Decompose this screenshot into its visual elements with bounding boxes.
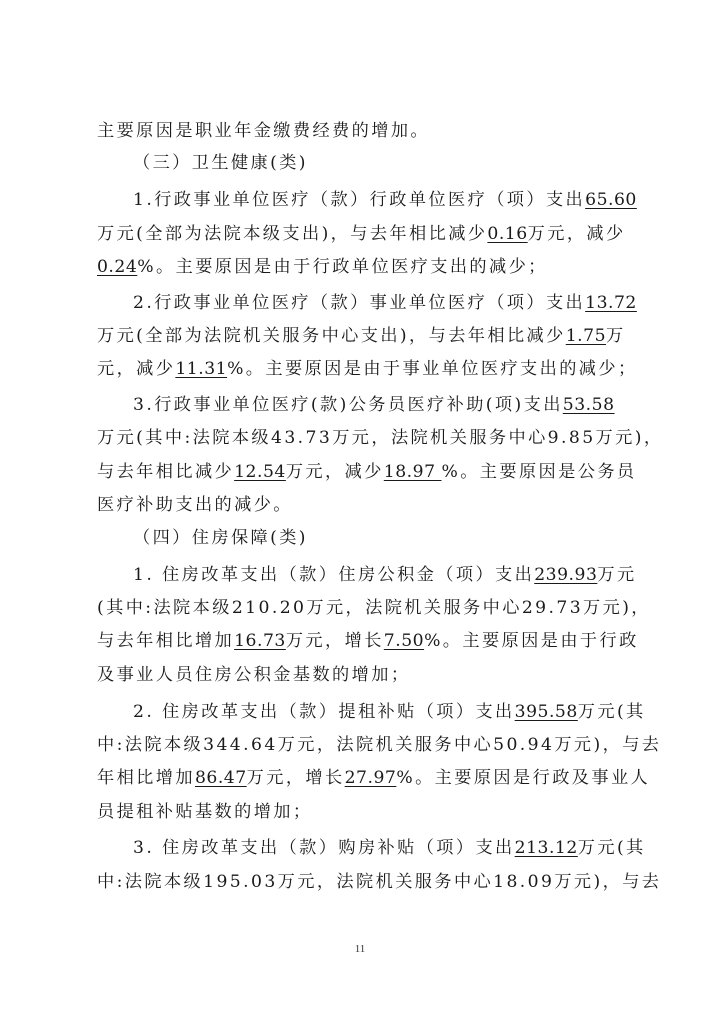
text-segment: 万元(全部为法院本级支出)，与去年相比减少 — [97, 224, 487, 244]
text-segment: 与去年相比减少 — [97, 462, 234, 482]
underlined-amount: 16.73 — [234, 631, 286, 651]
text-segment: %。主要原因是由于行政 — [424, 631, 639, 651]
text-line: （四）住房保障(类) — [133, 528, 663, 548]
text-line: 元，减少11.31%。主要原因是由于事业单位医疗支出的减少； — [97, 359, 627, 379]
underlined-amount: 18.97 — [384, 462, 442, 482]
text-line: 2.行政事业单位医疗（款）事业单位医疗（项）支出13.72 — [133, 293, 663, 313]
text-segment: 2.行政事业单位医疗（款）事业单位医疗（项）支出 — [133, 293, 585, 313]
text-segment: （三）卫生健康(类) — [133, 153, 308, 173]
text-line: 员提租补贴基数的增加； — [97, 802, 627, 822]
text-segment: 元，减少 — [97, 359, 175, 379]
text-line: 1. 住房改革支出（款）住房公积金（项）支出239.93万元 — [133, 565, 663, 585]
text-line: （三）卫生健康(类) — [133, 153, 663, 173]
underlined-amount: 27.97 — [345, 768, 397, 788]
text-line: 3. 住房改革支出（款）购房补贴（项）支出213.12万元(其 — [133, 838, 663, 858]
text-segment: 万元(其 — [578, 702, 646, 722]
text-segment: %。主要原因是行政及事业人 — [396, 768, 650, 788]
text-segment: 及事业人员住房公积金基数的增加； — [97, 665, 410, 685]
text-line: 1.行政事业单位医疗（款）行政单位医疗（项）支出65.60 — [133, 190, 663, 210]
text-line: 与去年相比增加16.73万元，增长7.50%。主要原因是由于行政 — [97, 631, 627, 651]
text-line: 中:法院本级344.64万元，法院机关服务中心50.94万元)，与去 — [97, 735, 627, 755]
underlined-amount: 12.54 — [234, 462, 286, 482]
underlined-amount: 7.50 — [384, 631, 424, 651]
text-segment: 年相比增加 — [97, 768, 195, 788]
text-segment: 万元，减少 — [286, 462, 384, 482]
text-line: 万元(其中:法院本级43.73万元，法院机关服务中心9.85万元)， — [97, 428, 627, 448]
text-line: 主要原因是职业年金缴费经费的增加。 — [97, 121, 627, 141]
underlined-amount: 11.31 — [175, 359, 227, 379]
text-line: 2. 住房改革支出（款）提租补贴（项）支出395.58万元(其 — [133, 702, 663, 722]
text-segment: 1.行政事业单位医疗（款）行政单位医疗（项）支出 — [133, 190, 585, 210]
underlined-amount: 239.93 — [534, 565, 597, 585]
text-segment: 万元(全部为法院机关服务中心支出)，与去年相比减少 — [97, 326, 566, 346]
text-segment: 医疗补助支出的减少。 — [97, 495, 293, 515]
text-line: 3.行政事业单位医疗(款)公务员医疗补助(项)支出53.58 — [133, 395, 663, 415]
text-line: (其中:法院本级210.20万元，法院机关服务中心29.73万元)， — [97, 598, 627, 618]
text-segment: 万元(其中:法院本级43.73万元，法院机关服务中心9.85万元)， — [97, 428, 663, 448]
text-line: 万元(全部为法院机关服务中心支出)，与去年相比减少1.75万 — [97, 326, 627, 346]
page-number: 11 — [0, 943, 720, 955]
text-line: 与去年相比减少12.54万元，减少18.97 %。主要原因是公务员 — [97, 462, 627, 482]
underlined-amount: 86.47 — [195, 768, 247, 788]
underlined-amount: 13.72 — [585, 293, 637, 313]
text-segment: 万元，增长 — [286, 631, 384, 651]
text-line: 医疗补助支出的减少。 — [97, 495, 627, 515]
underlined-amount: 213.12 — [515, 838, 578, 858]
underlined-amount: 1.75 — [566, 326, 606, 346]
text-line: 中:法院本级195.03万元，法院机关服务中心18.09万元)，与去 — [97, 872, 627, 892]
text-segment: 主要原因是职业年金缴费经费的增加。 — [97, 121, 430, 141]
document-page: 主要原因是职业年金缴费经费的增加。（三）卫生健康(类)1.行政事业单位医疗（款）… — [0, 0, 720, 1018]
underlined-amount: 395.58 — [515, 702, 578, 722]
text-segment: 3. 住房改革支出（款）购房补贴（项）支出 — [133, 838, 515, 858]
underlined-amount: 0.16 — [487, 224, 527, 244]
underlined-amount: 65.60 — [585, 190, 637, 210]
text-segment: 3.行政事业单位医疗(款)公务员医疗补助(项)支出 — [133, 395, 563, 415]
text-line: 万元(全部为法院本级支出)，与去年相比减少0.16万元，减少 — [97, 224, 627, 244]
text-segment: 万元(其 — [578, 838, 646, 858]
text-line: 及事业人员住房公积金基数的增加； — [97, 665, 627, 685]
text-segment: 员提租补贴基数的增加； — [97, 802, 312, 822]
text-segment: （四）住房保障(类) — [133, 528, 308, 548]
text-line: 0.24%。主要原因是由于行政单位医疗支出的减少； — [97, 257, 627, 277]
text-segment: 万 — [606, 326, 626, 346]
text-segment: 万元，增长 — [247, 768, 345, 788]
underlined-amount: 53.58 — [563, 395, 615, 415]
text-segment: %。主要原因是由于行政单位医疗支出的减少； — [137, 257, 547, 277]
text-segment: %。主要原因是公务员 — [441, 462, 636, 482]
text-line: 年相比增加86.47万元，增长27.97%。主要原因是行政及事业人 — [97, 768, 627, 788]
text-segment: 万元 — [597, 565, 636, 585]
text-segment: 1. 住房改革支出（款）住房公积金（项）支出 — [133, 565, 534, 585]
underlined-amount: 0.24 — [97, 257, 137, 277]
text-segment: 中:法院本级344.64万元，法院机关服务中心50.94万元)，与去 — [97, 735, 661, 755]
text-segment: 2. 住房改革支出（款）提租补贴（项）支出 — [133, 702, 515, 722]
text-segment: %。主要原因是由于事业单位医疗支出的减少； — [227, 359, 637, 379]
text-segment: (其中:法院本级210.20万元，法院机关服务中心29.73万元)， — [97, 598, 651, 618]
text-segment: 万元，减少 — [528, 224, 626, 244]
text-segment: 中:法院本级195.03万元，法院机关服务中心18.09万元)，与去 — [97, 872, 661, 892]
text-segment: 与去年相比增加 — [97, 631, 234, 651]
